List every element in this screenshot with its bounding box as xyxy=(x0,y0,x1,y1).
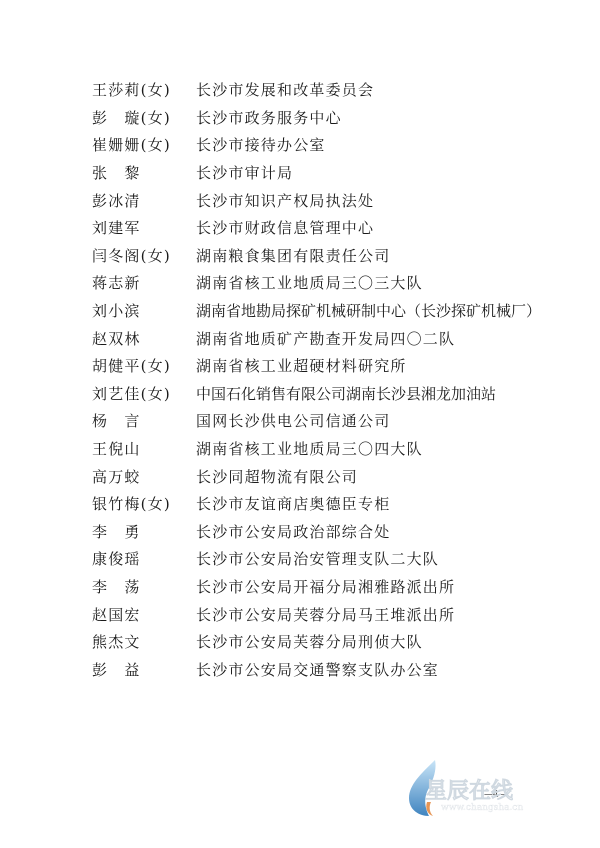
organization: 长沙市公安局芙蓉分局马王堆派出所 xyxy=(196,604,455,625)
organization: 长沙市政务服务中心 xyxy=(196,107,342,128)
list-item: 高万蛟长沙同超物流有限公司 xyxy=(92,462,572,490)
organization: 长沙市知识产权局执法处 xyxy=(196,190,374,211)
list-item: 刘艺佳(女)中国石化销售有限公司湖南长沙县湘龙加油站 xyxy=(92,380,572,408)
person-name: 高万蛟 xyxy=(92,466,196,487)
list-item: 彭 璇(女)长沙市政务服务中心 xyxy=(92,104,572,132)
svg-text:www.changsha.cn: www.changsha.cn xyxy=(441,803,523,813)
name-list: 王莎莉(女)长沙市发展和改革委员会 彭 璇(女)长沙市政务服务中心 崔姗姗(女)… xyxy=(92,76,572,683)
organization: 国网长沙供电公司信通公司 xyxy=(196,410,390,431)
organization: 长沙市公安局交通警察支队办公室 xyxy=(196,659,439,680)
person-name: 胡健平(女) xyxy=(92,355,196,376)
person-name: 张 黎 xyxy=(92,162,196,183)
person-name: 李 荡 xyxy=(92,576,196,597)
list-item: 熊杰文长沙市公安局芙蓉分局刑侦大队 xyxy=(92,628,572,656)
person-name: 康俊瑶 xyxy=(92,548,196,569)
organization: 长沙市公安局芙蓉分局刑侦大队 xyxy=(196,631,423,652)
watermark-logo: 星辰在线 www.changsha.cn xyxy=(405,758,575,818)
list-item: 赵国宏长沙市公安局芙蓉分局马王堆派出所 xyxy=(92,600,572,628)
list-item: 银竹梅(女)长沙市友谊商店奥德臣专柜 xyxy=(92,490,572,518)
organization: 长沙市公安局开福分局湘雅路派出所 xyxy=(196,576,455,597)
organization: 长沙市财政信息管理中心 xyxy=(196,217,374,238)
person-name: 刘建军 xyxy=(92,217,196,238)
list-item: 康俊瑶长沙市公安局治安管理支队二大队 xyxy=(92,545,572,573)
list-item: 彭 益长沙市公安局交通警察支队办公室 xyxy=(92,655,572,683)
organization: 湖南省核工业地质局三〇四大队 xyxy=(196,438,423,459)
person-name: 赵双林 xyxy=(92,328,196,349)
organization: 长沙市公安局政治部综合处 xyxy=(196,521,390,542)
person-name: 王倪山 xyxy=(92,438,196,459)
list-item: 李 荡长沙市公安局开福分局湘雅路派出所 xyxy=(92,573,572,601)
organization: 长沙市接待办公室 xyxy=(196,134,326,155)
list-item: 王倪山湖南省核工业地质局三〇四大队 xyxy=(92,435,572,463)
person-name: 杨 言 xyxy=(92,410,196,431)
organization: 湖南粮食集团有限责任公司 xyxy=(196,245,390,266)
list-item: 崔姗姗(女)长沙市接待办公室 xyxy=(92,131,572,159)
person-name: 银竹梅(女) xyxy=(92,493,196,514)
person-name: 崔姗姗(女) xyxy=(92,134,196,155)
person-name: 王莎莉(女) xyxy=(92,79,196,100)
list-item: 张 黎长沙市审计局 xyxy=(92,159,572,187)
person-name: 彭 益 xyxy=(92,659,196,680)
organization: 长沙市发展和改革委员会 xyxy=(196,79,374,100)
list-item: 蒋志新湖南省核工业地质局三〇三大队 xyxy=(92,269,572,297)
organization: 长沙同超物流有限公司 xyxy=(196,466,358,487)
list-item: 赵双林湖南省地质矿产勘查开发局四〇二队 xyxy=(92,324,572,352)
list-item: 刘小滨湖南省地勘局探矿机械研制中心（长沙探矿机械厂） xyxy=(92,297,572,325)
list-item: 李 勇长沙市公安局政治部综合处 xyxy=(92,518,572,546)
organization: 长沙市审计局 xyxy=(196,162,293,183)
organization: 长沙市公安局治安管理支队二大队 xyxy=(196,548,439,569)
person-name: 赵国宏 xyxy=(92,604,196,625)
organization: 湖南省地勘局探矿机械研制中心（长沙探矿机械厂） xyxy=(196,300,541,321)
list-item: 刘建军长沙市财政信息管理中心 xyxy=(92,214,572,242)
organization: 湖南省地质矿产勘查开发局四〇二队 xyxy=(196,328,455,349)
organization: 湖南省核工业超硬材料研究所 xyxy=(196,355,407,376)
person-name: 彭冰清 xyxy=(92,190,196,211)
person-name: 蒋志新 xyxy=(92,272,196,293)
person-name: 彭 璇(女) xyxy=(92,107,196,128)
list-item: 闫冬阁(女)湖南粮食集团有限责任公司 xyxy=(92,242,572,270)
organization: 长沙市友谊商店奥德臣专柜 xyxy=(196,493,390,514)
person-name: 刘艺佳(女) xyxy=(92,383,196,404)
list-item: 杨 言国网长沙供电公司信通公司 xyxy=(92,407,572,435)
person-name: 熊杰文 xyxy=(92,631,196,652)
person-name: 李 勇 xyxy=(92,521,196,542)
list-item: 王莎莉(女)长沙市发展和改革委员会 xyxy=(92,76,572,104)
person-name: 闫冬阁(女) xyxy=(92,245,196,266)
list-item: 胡健平(女)湖南省核工业超硬材料研究所 xyxy=(92,352,572,380)
list-item: 彭冰清长沙市知识产权局执法处 xyxy=(92,186,572,214)
organization: 中国石化销售有限公司湖南长沙县湘龙加油站 xyxy=(196,383,496,404)
svg-text:星辰在线: 星辰在线 xyxy=(425,778,514,804)
organization: 湖南省核工业地质局三〇三大队 xyxy=(196,272,423,293)
person-name: 刘小滨 xyxy=(92,300,196,321)
water-drop-icon: 星辰在线 www.changsha.cn xyxy=(405,758,575,818)
